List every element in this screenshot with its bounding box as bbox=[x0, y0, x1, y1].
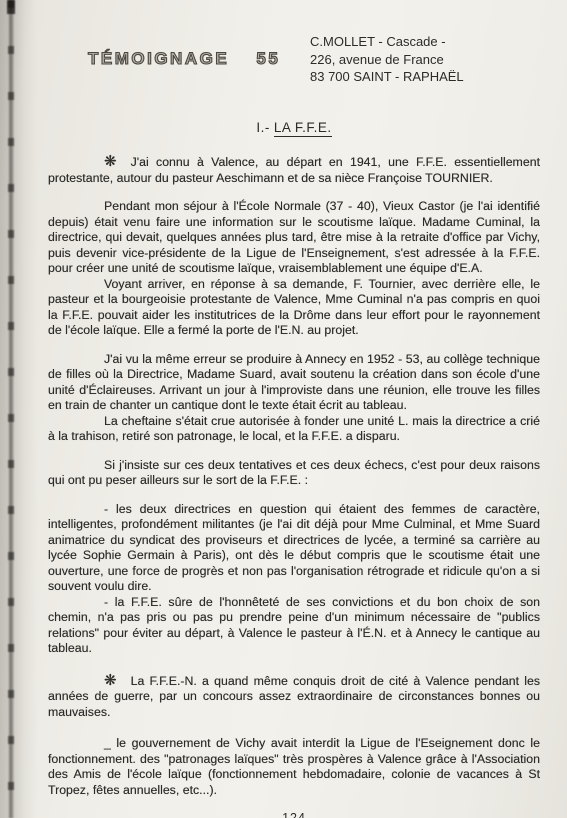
sender-address: C.MOLLET - Cascade - 226, avenue de Fran… bbox=[310, 33, 464, 86]
binding-stitch-marks bbox=[8, 0, 14, 818]
paragraph-text: Pendant mon séjour à l'École Normale (37… bbox=[48, 199, 540, 275]
paragraph-text: - la F.F.E. sûre de l'honnêteté de ses c… bbox=[48, 595, 540, 656]
asterisk-marker: ❋ bbox=[104, 153, 117, 170]
stamp-label: TÉMOIGNAGE bbox=[88, 49, 229, 68]
section-title-text: LA F.F.E. bbox=[274, 120, 332, 137]
paragraph: - la F.F.E. sûre de l'honnêteté de ses c… bbox=[48, 595, 540, 657]
document-page: TÉMOIGNAGE 55 C.MOLLET - Cascade - 226, … bbox=[0, 0, 567, 818]
paragraph-text: J'ai vu la même erreur se produire à Ann… bbox=[48, 352, 540, 413]
paragraph: Pendant mon séjour à l'École Normale (37… bbox=[48, 199, 540, 277]
stamp-number: 55 bbox=[256, 49, 280, 68]
paragraph-text: - les deux directrices en question qui é… bbox=[48, 502, 540, 594]
paragraph-text: Voyant arriver, en réponse à sa demande,… bbox=[48, 277, 540, 338]
page-number: 124 bbox=[48, 811, 540, 818]
section-title-prefix: I.- bbox=[256, 120, 270, 135]
paragraph: J'ai vu la même erreur se produire à Ann… bbox=[48, 352, 540, 414]
paragraph-text: Si j'insiste sur ces deux tentatives et … bbox=[48, 458, 540, 488]
paragraph: - les deux directrices en question qui é… bbox=[48, 502, 540, 595]
paragraph: _ le gouvernement de Vichy avait interdi… bbox=[48, 736, 540, 798]
paragraph: La cheftaine s'était crue autorisée à fo… bbox=[48, 414, 540, 445]
paragraph-text: _ le gouvernement de Vichy avait interdi… bbox=[48, 736, 540, 797]
document-body: I.-LA F.F.E. ❋J'ai connu à Valence, au d… bbox=[48, 120, 540, 818]
section-title: I.-LA F.F.E. bbox=[48, 120, 540, 135]
paragraph-text: J'ai connu à Valence, au départ en 1941,… bbox=[48, 155, 540, 185]
asterisk-marker: ❋ bbox=[104, 672, 117, 689]
paragraph-text: La cheftaine s'était crue autorisée à fo… bbox=[48, 414, 540, 444]
paragraph: Si j'insiste sur ces deux tentatives et … bbox=[48, 458, 540, 489]
paragraph: ❋La F.F.E.-N. a quand même conquis droit… bbox=[48, 673, 540, 721]
testimony-stamp: TÉMOIGNAGE 55 bbox=[88, 49, 280, 69]
paragraph: ❋J'ai connu à Valence, au départ en 1941… bbox=[48, 154, 540, 186]
paragraph-text: La F.F.E.-N. a quand même conquis droit … bbox=[48, 674, 540, 719]
address-line: 83 700 SAINT - RAPHAËL bbox=[310, 68, 464, 86]
paragraph: Voyant arriver, en réponse à sa demande,… bbox=[48, 277, 540, 339]
binding-top-mark bbox=[7, 0, 15, 14]
binding-shadow bbox=[0, 0, 38, 818]
address-line: 226, avenue de France bbox=[310, 51, 464, 69]
address-line: C.MOLLET - Cascade - bbox=[310, 33, 464, 51]
